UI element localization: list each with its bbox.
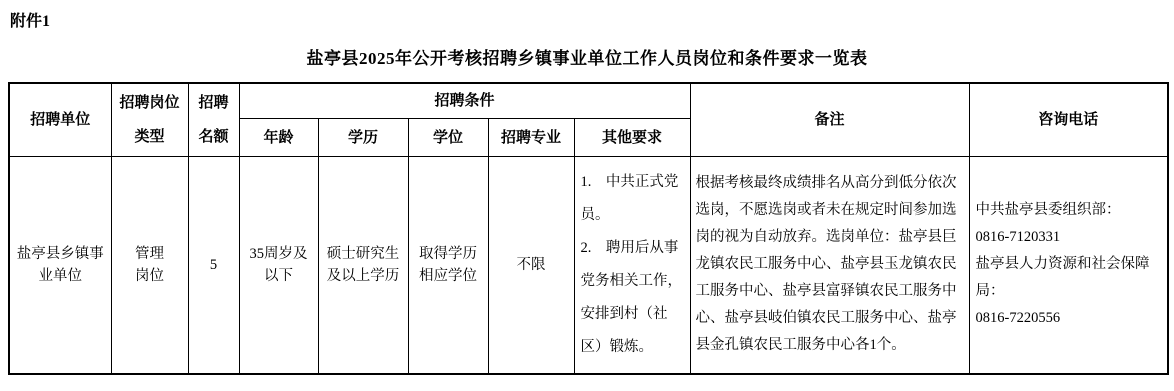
header-quota: 招聘 名额	[188, 83, 239, 157]
doc-title: 盐亭县2025年公开考核招聘乡镇事业单位工作人员岗位和条件要求一览表	[0, 44, 1174, 69]
cell-major: 不限	[488, 157, 574, 374]
cell-phone: 中共盐亭县委组织部： 0816-7120331 盐亭县人力资源和社会保障 局： …	[969, 157, 1168, 374]
cell-position-type: 管理 岗位	[111, 157, 188, 374]
header-phone: 咨询电话	[969, 83, 1168, 157]
cell-degree: 取得学历 相应学位	[408, 157, 488, 374]
header-education: 学历	[318, 119, 408, 157]
recruitment-table: 招聘单位 招聘岗位 类型 招聘 名额 招聘条件 备注 咨询电话 年龄 学历 学位…	[8, 82, 1169, 375]
cell-quota: 5	[188, 157, 239, 374]
cell-unit: 盐亭县乡镇事 业单位	[9, 157, 111, 374]
header-age: 年龄	[239, 119, 318, 157]
table-row: 盐亭县乡镇事 业单位 管理 岗位 5 35周岁及 以下 硕士研究生 及以上学历 …	[9, 157, 1168, 374]
header-position-type: 招聘岗位 类型	[111, 83, 188, 157]
cell-education: 硕士研究生 及以上学历	[318, 157, 408, 374]
header-major: 招聘专业	[488, 119, 574, 157]
cell-remarks: 根据考核最终成绩排名从高分到低分依次 选岗，不愿选岗或者未在规定时间参加选 岗的…	[690, 157, 969, 374]
cell-age: 35周岁及 以下	[239, 157, 318, 374]
header-unit: 招聘单位	[9, 83, 111, 157]
header-remarks: 备注	[690, 83, 969, 157]
header-row-1: 招聘单位 招聘岗位 类型 招聘 名额 招聘条件 备注 咨询电话	[9, 83, 1168, 119]
cell-other-requirements: 1. 中共正式党 员。 2. 聘用后从事 党务相关工作， 安排到村（社 区）锻炼…	[574, 157, 690, 374]
attachment-label: 附件1	[10, 8, 50, 31]
header-other-requirements: 其他要求	[574, 119, 690, 157]
document-page: 附件1 盐亭县2025年公开考核招聘乡镇事业单位工作人员岗位和条件要求一览表 招…	[0, 0, 1174, 391]
header-conditions: 招聘条件	[239, 83, 690, 119]
header-degree: 学位	[408, 119, 488, 157]
